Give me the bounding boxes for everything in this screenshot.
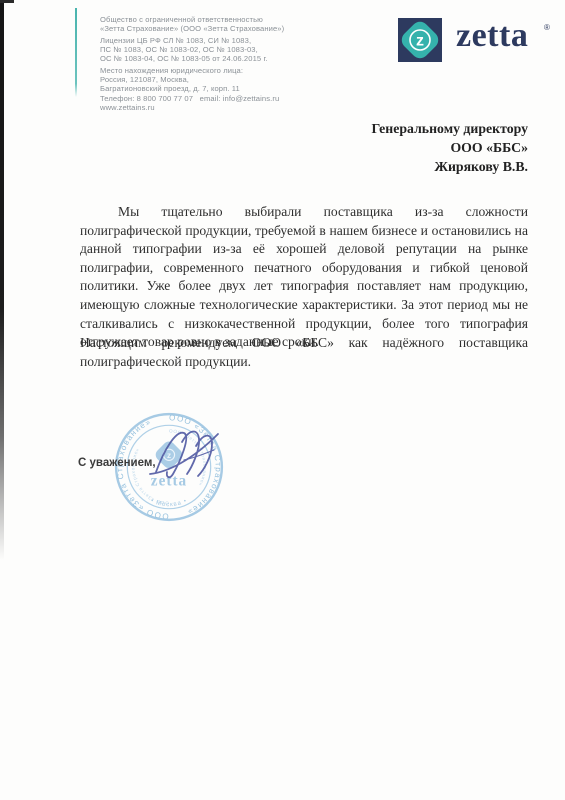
letterhead-divider-line	[75, 8, 77, 97]
company-info-line: ОС № 1083-04, ОС № 1083-05 от 24.06.2015…	[100, 54, 300, 63]
company-info-line: Россия, 121087, Москва,	[100, 75, 300, 84]
recipient-line: ООО «ББС»	[371, 138, 528, 157]
company-info-line: «Зетта Страхование» (ООО «Зетта Страхова…	[100, 24, 300, 33]
scan-artifact-left-edge	[0, 0, 4, 560]
recipient-line: Генеральному директору	[371, 119, 528, 138]
company-info-line: Лицензии ЦБ РФ СЛ № 1083, СИ № 1083,	[100, 36, 300, 45]
body-paragraph-1: Мы тщательно выбирали поставщика из-за с…	[80, 203, 528, 352]
registered-trademark-mark: ®	[544, 23, 550, 32]
company-info-line: Телефон: 8 800 700 77 07 email: info@zet…	[100, 94, 300, 103]
company-info-line: www.zettains.ru	[100, 103, 300, 112]
recipient-line: Жирякову В.В.	[371, 157, 528, 176]
scan-artifact-top-edge	[0, 0, 14, 3]
letter-page: Общество с ограниченной ответственностью…	[0, 0, 565, 800]
company-info-line: ПС № 1083, ОС № 1083-02, ОС № 1083-03,	[100, 45, 300, 54]
company-info-line: Место нахождения юридического лица:	[100, 66, 300, 75]
body-paragraph-2: Настоящим рекомендуем ООО «ББС» как надё…	[80, 334, 528, 371]
recipient-block: Генеральному директору ООО «ББС» Жиряков…	[371, 119, 528, 176]
company-info-block: Общество с ограниченной ответственностью…	[100, 15, 300, 112]
zetta-logo-icon: z	[398, 18, 442, 62]
company-info-line: Багратионовский проезд, д. 7, корп. 11	[100, 84, 300, 93]
company-info-line: Общество с ограниченной ответственностью	[100, 15, 300, 24]
brand-wordmark: zetta	[456, 17, 528, 55]
signature	[140, 420, 240, 490]
salutation-text: С уважением,	[78, 457, 156, 469]
logo-letter: z	[416, 33, 424, 50]
